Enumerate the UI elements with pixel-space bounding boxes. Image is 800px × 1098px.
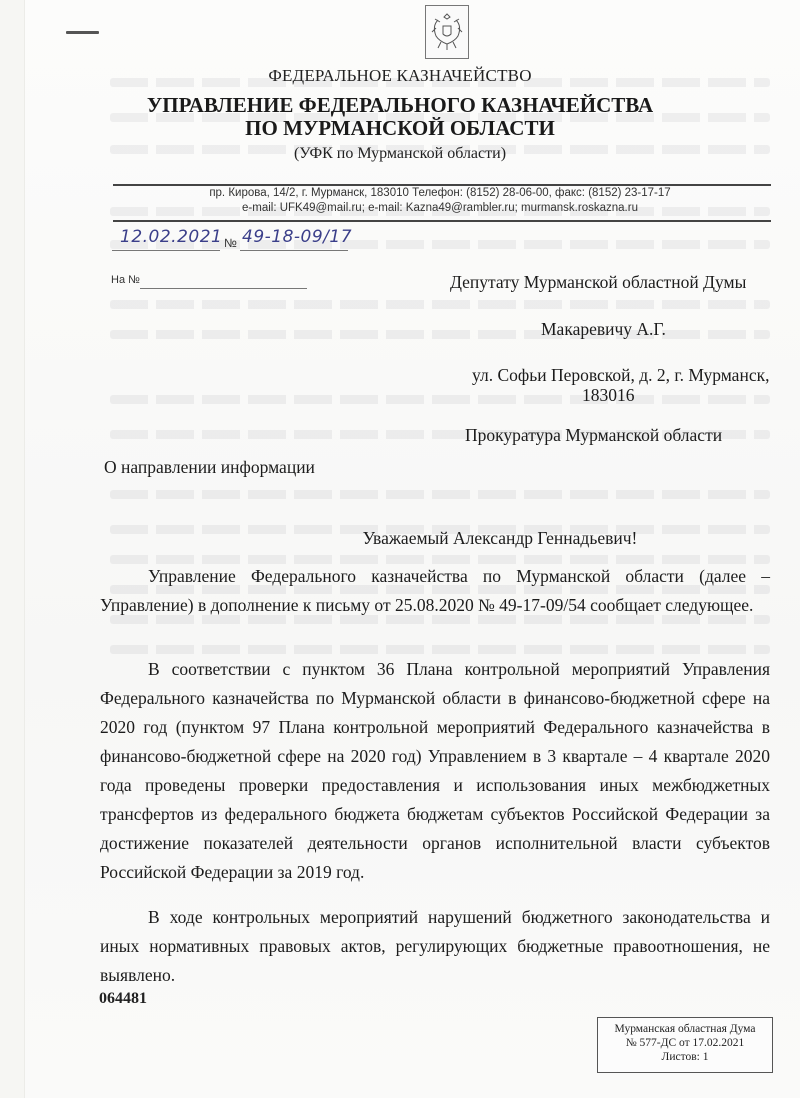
recipient-address-line2: 183016 [582, 385, 635, 406]
recipient-name: Макаревичу А.Г. [541, 319, 666, 340]
scan-edge [0, 0, 25, 1098]
number-label: № [224, 236, 237, 250]
recipient-prosecutor: Прокуратура Мурманской области [465, 425, 722, 446]
reply-to-label: На № [111, 274, 140, 286]
coat-of-arms-icon [425, 5, 469, 59]
body-paragraph-2: В соответствии с пунктом 36 Плана контро… [100, 655, 770, 887]
body-paragraph-1: Управление Федерального казначейства по … [100, 562, 770, 620]
greeting: Уважаемый Александр Геннадьевич! [0, 528, 800, 549]
body-paragraph-3: В ходе контрольных мероприятий нарушений… [100, 903, 770, 990]
document-code: 064481 [99, 990, 147, 1008]
stamp-sheets: Листов: 1 [598, 1050, 772, 1064]
recipient-title: Депутату Мурманской областной Думы [450, 272, 746, 293]
agency-name: ФЕДЕРАЛЬНОЕ КАЗНАЧЕЙСТВО [0, 66, 800, 86]
department-name: УПРАВЛЕНИЕ ФЕДЕРАЛЬНОГО КАЗНАЧЕЙСТВА ПО … [0, 94, 800, 140]
staple-mark [66, 31, 99, 34]
bleed-through [110, 645, 770, 654]
header-rule-top [113, 184, 771, 186]
recipient-address-line1: ул. Софьи Перовской, д. 2, г. Мурманск, [472, 365, 769, 386]
department-abbreviation: (УФК по Мурманской области) [0, 145, 800, 163]
stamp-number-date: № 577-ДС от 17.02.2021 [598, 1036, 772, 1050]
bleed-through [110, 395, 770, 404]
header-rule-bottom [113, 220, 771, 222]
number-field-line [240, 250, 348, 251]
bleed-through [110, 330, 770, 339]
email-line: e-mail: UFK49@mail.ru; e-mail: Kazna49@r… [0, 202, 800, 214]
stamp-organization: Мурманская областная Дума [598, 1022, 772, 1036]
incoming-registration-stamp: Мурманская областная Дума № 577-ДС от 17… [597, 1017, 773, 1073]
letter-date: 12.02.2021 [120, 227, 222, 247]
department-name-line2: ПО МУРМАНСКОЙ ОБЛАСТИ [0, 117, 800, 140]
department-name-line1: УПРАВЛЕНИЕ ФЕДЕРАЛЬНОГО КАЗНАЧЕЙСТВА [0, 94, 800, 117]
bleed-through [110, 490, 770, 499]
date-field-line [112, 250, 220, 251]
letter-subject: О направлении информации [104, 457, 315, 478]
address-line: пр. Кирова, 14/2, г. Мурманск, 183010 Те… [0, 187, 800, 199]
letter-number: 49-18-09/17 [242, 227, 352, 247]
letter-page: ФЕДЕРАЛЬНОЕ КАЗНАЧЕЙСТВО УПРАВЛЕНИЕ ФЕДЕ… [0, 0, 800, 1098]
reply-to-field-line [140, 288, 307, 289]
bleed-through [110, 300, 770, 309]
